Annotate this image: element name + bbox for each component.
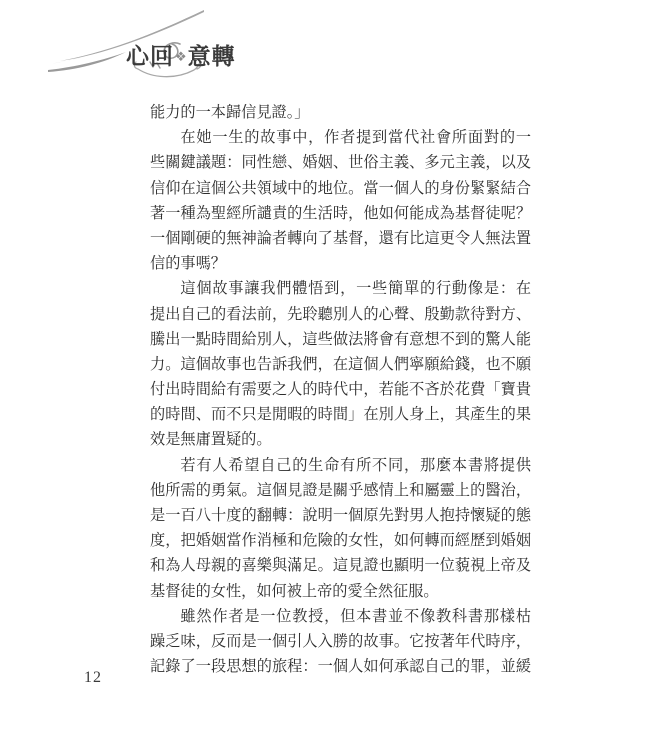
text-line: 記錄了一段思想的旅程：一個人如何承認自己的罪，並緩 [150,654,531,679]
text-line: 的時間、而不只是閒暇的時間」在別人身上，其產生的果 [150,402,531,427]
text-line: 他所需的勇氣。這個見證是關乎感情上和屬靈上的醫治， [150,478,531,503]
text-line: 能力的一本歸信見證。」 [150,100,531,125]
book-page: 心回❖意轉 能力的一本歸信見證。」在她一生的故事中，作者提到當代社會所面對的一些… [0,0,650,750]
running-title-left: 心回 [126,44,174,69]
body-text: 能力的一本歸信見證。」在她一生的故事中，作者提到當代社會所面對的一些關鍵議題：同… [150,100,531,679]
text-line: 付出時間給有需要之人的時代中，若能不吝於花費「寶貴 [150,377,531,402]
running-title: 心回❖意轉 [126,38,236,71]
text-line: 信的事嗎？ [150,251,531,276]
diamond-ornament-icon: ❖ [175,49,187,64]
text-line: 效是無庸置疑的。 [150,427,531,452]
text-line: 躁乏味，反而是一個引人入勝的故事。它按著年代時序， [150,629,531,654]
text-line: 些關鍵議題：同性戀、婚姻、世俗主義、多元主義，以及 [150,150,531,175]
running-title-right: 意轉 [188,44,236,69]
text-line: 著一種為聖經所譴責的生活時，他如何能成為基督徒呢？ [150,201,531,226]
text-line: 力。這個故事也告訴我們，在這個人們寧願給錢，也不願 [150,352,531,377]
text-line: 若有人希望自己的生命有所不同，那麼本書將提供 [150,453,531,478]
text-line: 度，把婚姻當作消極和危險的女性，如何轉而經歷到婚姻 [150,528,531,553]
text-line: 騰出一點時間給別人，這些做法將會有意想不到的驚人能 [150,327,531,352]
text-line: 基督徒的女性，如何被上帝的愛全然征服。 [150,579,531,604]
text-line: 雖然作者是一位教授，但本書並不像教科書那樣枯 [150,604,531,629]
text-line: 信仰在這個公共領域中的地位。當一個人的身份緊緊結合 [150,176,531,201]
text-line: 提出自己的看法前，先聆聽別人的心聲、殷勤款待對方、 [150,302,531,327]
chapter-header: 心回❖意轉 [46,6,266,90]
text-line: 這個故事讓我們體悟到，一些簡單的行動像是：在 [150,276,531,301]
text-line: 一個剛硬的無神論者轉向了基督，還有比這更令人無法置 [150,226,531,251]
page-number: 12 [84,669,102,687]
text-line: 是一百八十度的翻轉：說明一個原先對男人抱持懷疑的態 [150,503,531,528]
text-line: 在她一生的故事中，作者提到當代社會所面對的一 [150,125,531,150]
text-line: 和為人母親的喜樂與滿足。這見證也顯明一位藐視上帝及 [150,553,531,578]
